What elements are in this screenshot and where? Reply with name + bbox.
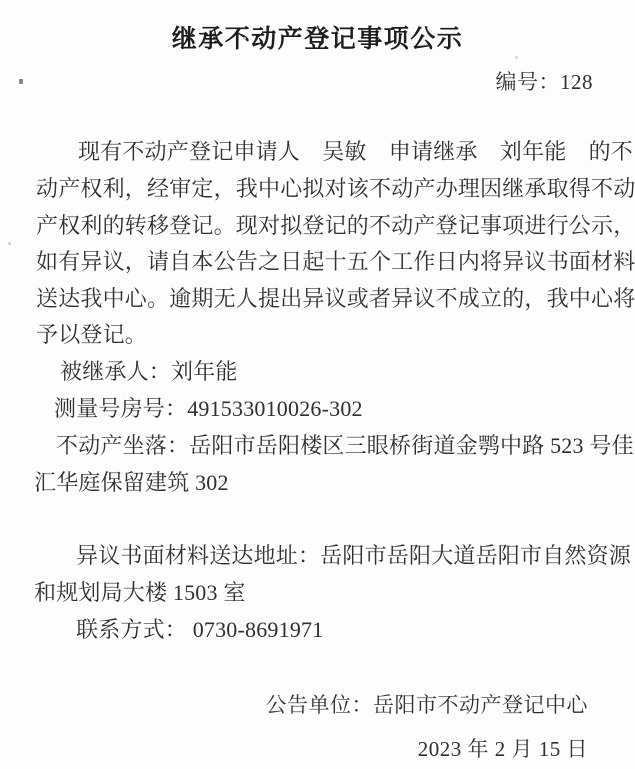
scanned-notice-document: 继承不动产登记事项公示 编号：128 现有不动产登记申请人 吴敏 申请继承 刘年… xyxy=(0,0,635,769)
issue-date-line: 2023 年 2 月 15 日 xyxy=(418,737,588,762)
doc-number-value: 128 xyxy=(560,70,593,94)
body-line-3: 产权利的转移登记。现对拟登记的不动产登记事项进行公示， xyxy=(36,213,635,239)
body-line-4: 如有异议，请自本公告之日起十五个工作日内将异议书面材料 xyxy=(36,249,635,275)
property-location-line-1: 不动产坐落：岳阳市岳阳楼区三眼桥街道金鹗中路 523 号佳 xyxy=(56,433,634,459)
scan-speck xyxy=(515,56,518,59)
objection-address-line-1: 异议书面材料送达地址：岳阳市岳阳大道岳阳市自然资源 xyxy=(76,543,631,569)
survey-number-line: 测量号房号：491533010026-302 xyxy=(54,396,363,422)
scan-speck xyxy=(243,37,246,40)
heir-line: 被继承人：刘年能 xyxy=(60,359,238,385)
body-line-1: 现有不动产登记申请人 吴敏 申请继承 刘年能 的不 xyxy=(78,139,633,165)
objection-address-line-2: 和规划局大楼 1503 室 xyxy=(34,580,246,606)
contact-phone-line: 联系方式： 0730-8691971 xyxy=(76,617,323,643)
scan-speck xyxy=(8,242,11,245)
property-location-line-2: 汇华庭保留建筑 302 xyxy=(34,470,229,496)
issuing-unit-line: 公告单位：岳阳市不动产登记中心 xyxy=(266,693,589,718)
body-line-5: 送达我中心。逾期无人提出异议或者异议不成立的，我中心将 xyxy=(36,286,635,312)
body-line-6: 予以登记。 xyxy=(36,322,147,348)
doc-number: 编号：128 xyxy=(496,66,594,96)
scan-speck xyxy=(19,79,23,84)
notice-title: 继承不动产登记事项公示 xyxy=(0,19,635,55)
body-line-2: 动产权利，经审定，我中心拟对该不动产办理因继承取得不动 xyxy=(36,176,635,202)
doc-number-label: 编号： xyxy=(496,70,561,94)
